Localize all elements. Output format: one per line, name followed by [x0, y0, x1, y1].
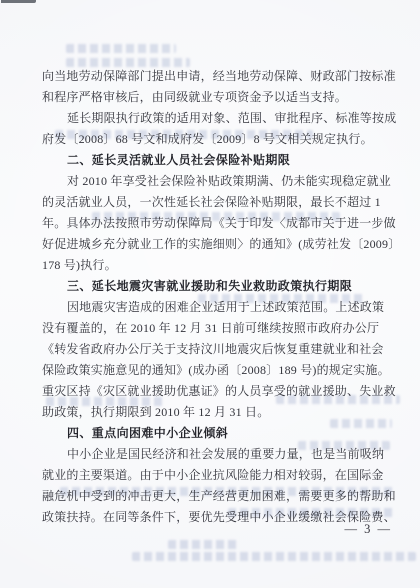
body-text-line: 向当地劳动保障部门提出申请，经当地劳动保障、财政部门按标准 — [42, 66, 394, 87]
bleed-through-text-artifact — [168, 540, 238, 549]
document-body: 向当地劳动保障部门提出申请，经当地劳动保障、财政部门按标准和程序严格审核后，由同… — [42, 66, 394, 528]
body-text-line: 就业的主要渠道。由于中小企业抗风险能力相对较弱，在国际金 — [42, 465, 394, 486]
body-text-line: 助政策，执行期限到 2010 年 12 月 31 日。 — [42, 402, 394, 423]
scanned-document-page: 向当地劳动保障部门提出申请，经当地劳动保障、财政部门按标准和程序严格审核后，由同… — [0, 0, 420, 588]
bleed-through-text-artifact — [66, 44, 176, 53]
body-text-line: 没有覆盖的，在 2010 年 12 月 31 日前可继续按照市政府办公厅 — [42, 318, 394, 339]
body-text-line: 的灵活就业人员，一次性延长社会保险补贴期限，最长不超过 1 — [42, 192, 394, 213]
body-text-line: 《转发省政府办公厅关于支持汶川地震灾后恢复重建就业和社会 — [42, 339, 394, 360]
body-text-line: 178 号)执行。 — [42, 255, 394, 276]
body-text-line: 对 2010 年享受社会保险补贴政策期满、仍未能实现稳定就业 — [42, 171, 394, 192]
page-number: — 3 — — [345, 522, 393, 537]
section-heading: 三、延长地震灾害就业援助和失业救助政策执行期限 — [42, 276, 394, 297]
body-text-line: 融危机中受到的冲击更大，生产经营更加困难，需要更多的帮助和 — [42, 486, 394, 507]
body-text-line: 因地震灾害造成的困难企业适用于上述政策范围。上述政策 — [42, 297, 394, 318]
scan-artifact-corner — [1, 0, 36, 3]
body-text-line: 政策扶持。在同等条件下，要优先受理中小企业缓缴社会保险费、 — [42, 507, 394, 528]
body-text-line: 重灾区持《灾区就业援助优惠证》的人员享受的就业援助、失业救 — [42, 381, 394, 402]
body-text-line: 府发〔2008〕68 号文和成府发〔2009〕8 号文相关规定执行。 — [42, 129, 394, 150]
body-text-line: 保险政策实施意见的通知》(成办函〔2008〕189 号)的规定实施。 — [42, 360, 394, 381]
body-text-line: 好促进城乡充分就业工作的实施细则〉的通知》(成劳社发〔2009〕 — [42, 234, 394, 255]
bleed-through-text-artifact — [132, 552, 416, 561]
body-text-line: 和程序严格审核后，由同级就业专项资金予以适当支持。 — [42, 87, 394, 108]
body-text-line: 延长期限执行政策的适用对象、范围、审批程序、标准等按成 — [42, 108, 394, 129]
section-heading: 二、延长灵活就业人员社会保险补贴期限 — [42, 150, 394, 171]
section-heading: 四、重点向困难中小企业倾斜 — [42, 423, 394, 444]
body-text-line: 中小企业是国民经济和社会发展的重要力量，也是当前吸纳 — [42, 444, 394, 465]
body-text-line: 年。具体办法按照市劳动保障局《关于印发〈成都市关于进一步做 — [42, 213, 394, 234]
